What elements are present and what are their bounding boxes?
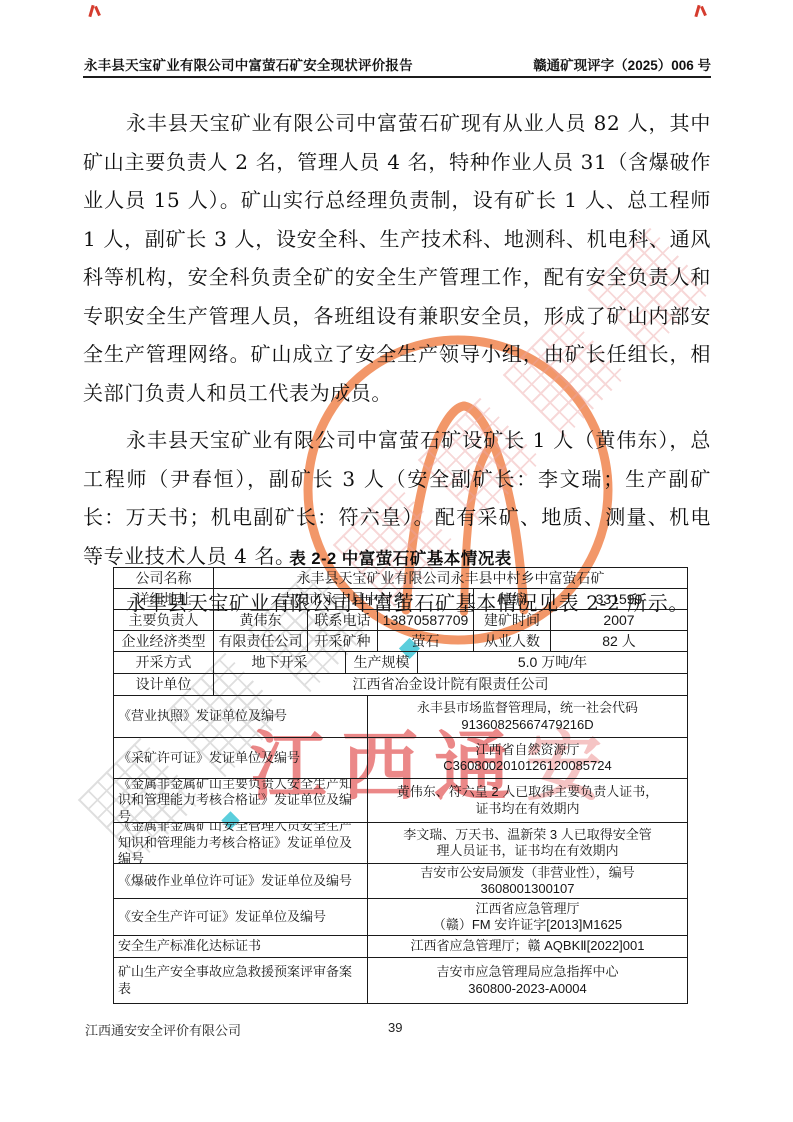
table-row: 《安全生产许可证》发证单位及编号 江西省应急管理厅 （赣）FM 安许证字[201…: [114, 899, 687, 936]
table-row: 《金属非金属矿山主要负责人安全生产知识和管理能力考核合格证》发证单位及编号 黄伟…: [114, 779, 687, 823]
cell-cert-label: 《金属非金属矿山安全管理人员安全生产知识和管理能力考核合格证》发证单位及编号: [114, 823, 368, 863]
cell-scale-label: 生产规模: [346, 652, 418, 673]
cell-cert-value: 江西省应急管理厅；赣 AQBKⅡ[2022]001: [368, 936, 687, 957]
table-row: 详细地址 吉安市永丰县中村乡 邮编 331599: [114, 589, 687, 610]
cell-cert-value: 吉安市公安局颁发（非营业性），编号 3608001300107: [368, 864, 687, 898]
cell-company-label: 公司名称: [114, 568, 214, 588]
cell-method-label: 开采方式: [114, 652, 214, 673]
footer-company: 江西通安安全评价有限公司: [85, 1020, 241, 1039]
cell-cert-value: 永丰县市场监督管理局，统一社会代码 91360825667479216D: [368, 696, 687, 737]
cell-employees-value: 82 人: [551, 631, 687, 651]
cell-cert-label: 矿山生产安全事故应急救援预案评审备案表: [114, 958, 368, 1003]
header-doc-number: 赣通矿现评字（2025）006 号: [533, 54, 711, 74]
cell-scale-value: 5.0 万吨/年: [418, 652, 687, 673]
page-content: 永丰县天宝矿业有限公司中富萤石矿安全现状评价报告 赣通矿现评字（2025）006…: [0, 0, 793, 1122]
cell-phone-value: 13870587709: [378, 610, 474, 630]
table-row: 开采方式 地下开采 生产规模 5.0 万吨/年: [114, 652, 687, 674]
cell-postcode-value: 331599: [551, 589, 687, 609]
table-row: 《营业执照》发证单位及编号 永丰县市场监督管理局，统一社会代码 91360825…: [114, 696, 687, 738]
cell-cert-label: 《爆破作业单位许可证》发证单位及编号: [114, 864, 368, 898]
cell-cert-label: 安全生产标准化达标证书: [114, 936, 368, 957]
cell-address-value: 吉安市永丰县中村乡: [214, 589, 474, 609]
table-row: 安全生产标准化达标证书 江西省应急管理厅；赣 AQBKⅡ[2022]001: [114, 936, 687, 958]
cell-designer-value: 江西省冶金设计院有限责任公司: [214, 674, 687, 695]
cell-designer-label: 设计单位: [114, 674, 214, 695]
cell-built-value: 2007: [551, 610, 687, 630]
cell-method-value: 地下开采: [214, 652, 346, 673]
table-row: 《采矿许可证》发证单位及编号 江西省自然资源厅 C360800201012612…: [114, 738, 687, 779]
table-row: 企业经济类型 有限责任公司 开采矿种 萤石 从业人数 82 人: [114, 631, 687, 652]
paragraph: 永丰县天宝矿业有限公司中富萤石矿现有从业人员 82 人，其中矿山主要负责人 2 …: [83, 104, 711, 412]
header-rule: [83, 76, 711, 78]
cell-cert-label: 《金属非金属矿山主要负责人安全生产知识和管理能力考核合格证》发证单位及编号: [114, 779, 368, 822]
report-page: 江西通安 永丰县天宝矿业有限公司中富萤石矿安全现状评价报告 赣通矿现评字（202…: [0, 0, 793, 1122]
cell-built-label: 建矿时间: [474, 610, 551, 630]
cell-company-value: 永丰县天宝矿业有限公司永丰县中村乡中富萤石矿: [214, 568, 687, 588]
cell-cert-label: 《营业执照》发证单位及编号: [114, 696, 368, 737]
cell-cert-label: 《采矿许可证》发证单位及编号: [114, 738, 368, 778]
table-row: 主要负责人 黄伟东 联系电话 13870587709 建矿时间 2007: [114, 610, 687, 631]
cell-cert-value: 黄伟东、符六皇 2 人已取得主要负责人证书， 证书均在有效期内: [368, 779, 687, 822]
cell-employees-label: 从业人数: [474, 631, 551, 651]
table-row: 设计单位 江西省冶金设计院有限责任公司: [114, 674, 687, 696]
cell-economy-value: 有限责任公司: [214, 631, 308, 651]
cell-cert-value: 江西省自然资源厅 C3608002010126120085724: [368, 738, 687, 778]
cell-postcode-label: 邮编: [474, 589, 551, 609]
footer-page-number: 39: [388, 1020, 402, 1035]
table-row: 《金属非金属矿山安全管理人员安全生产知识和管理能力考核合格证》发证单位及编号 李…: [114, 823, 687, 864]
cell-cert-label: 《安全生产许可证》发证单位及编号: [114, 899, 368, 935]
cell-mineral-value: 萤石: [378, 631, 474, 651]
basic-info-table: 公司名称 永丰县天宝矿业有限公司永丰县中村乡中富萤石矿 详细地址 吉安市永丰县中…: [113, 567, 688, 1004]
table-row: 《爆破作业单位许可证》发证单位及编号 吉安市公安局颁发（非营业性），编号 360…: [114, 864, 687, 899]
cell-cert-value: 李文瑞、万天书、温新荣 3 人已取得安全管 理人员证书，证书均在有效期内: [368, 823, 687, 863]
cell-principal-value: 黄伟东: [214, 610, 308, 630]
table-row: 公司名称 永丰县天宝矿业有限公司永丰县中村乡中富萤石矿: [114, 568, 687, 589]
header-report-title: 永丰县天宝矿业有限公司中富萤石矿安全现状评价报告: [84, 54, 413, 74]
cell-economy-label: 企业经济类型: [114, 631, 214, 651]
table-title: 表 2-2 中富萤石矿基本情况表: [113, 545, 688, 569]
cell-phone-label: 联系电话: [308, 610, 378, 630]
cell-cert-value: 吉安市应急管理局应急指挥中心 360800-2023-A0004: [368, 958, 687, 1003]
cell-cert-value: 江西省应急管理厅 （赣）FM 安许证字[2013]M1625: [368, 899, 687, 935]
cell-address-label: 详细地址: [114, 589, 214, 609]
table-row: 矿山生产安全事故应急救援预案评审备案表 吉安市应急管理局应急指挥中心 36080…: [114, 958, 687, 1003]
cell-mineral-label: 开采矿种: [308, 631, 378, 651]
cell-principal-label: 主要负责人: [114, 610, 214, 630]
